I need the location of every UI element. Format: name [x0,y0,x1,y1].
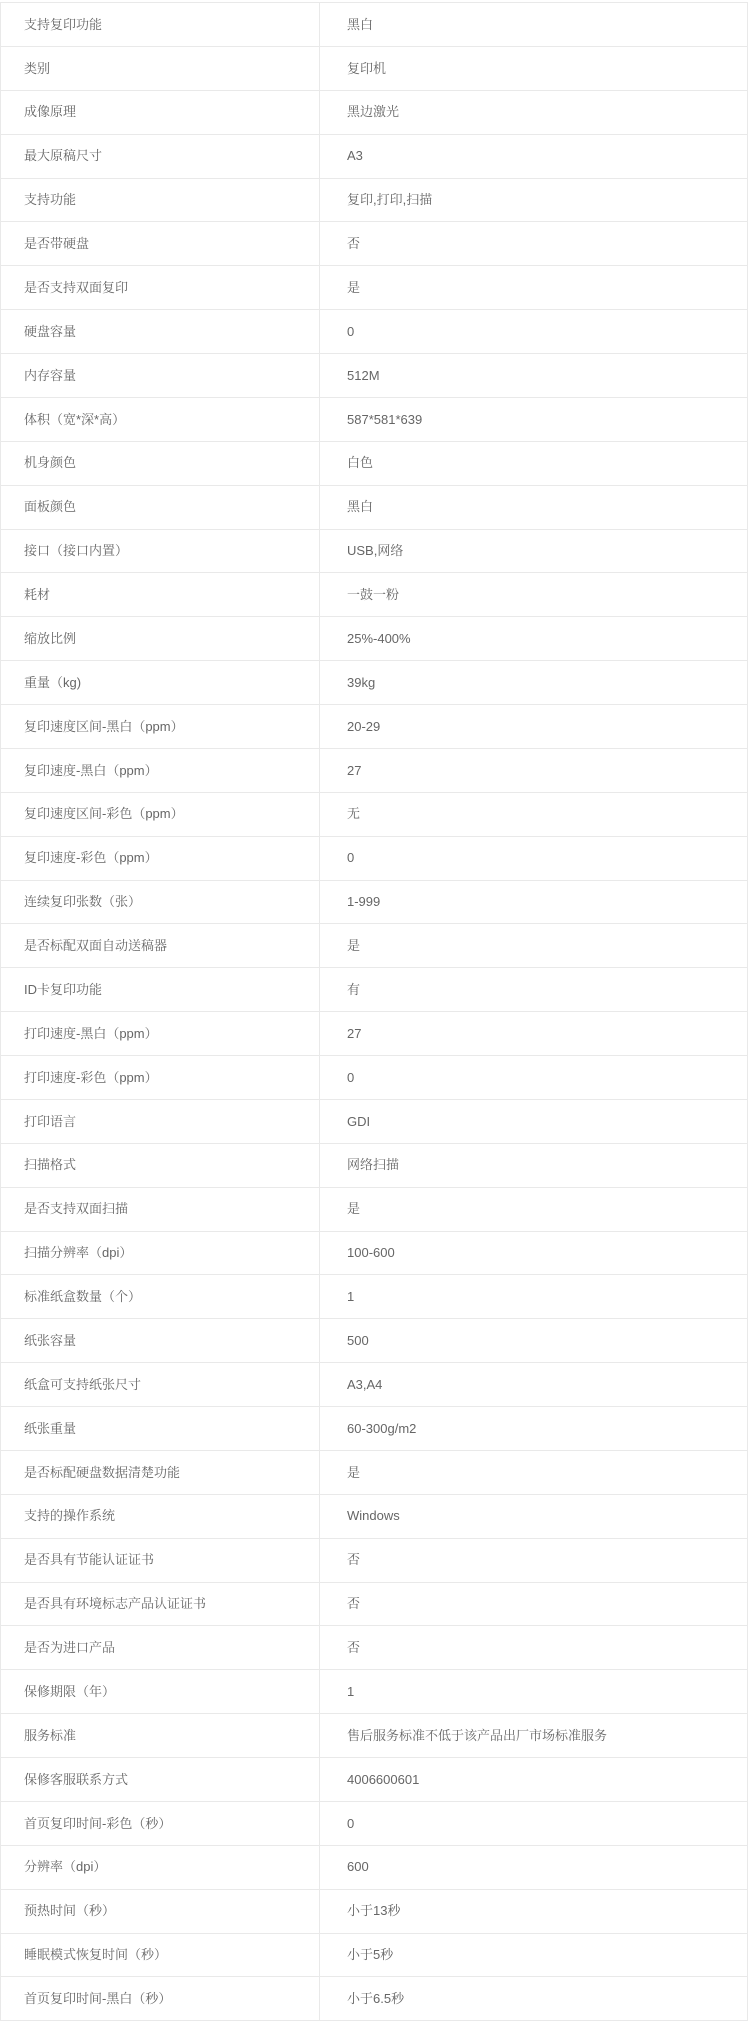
spec-label: 纸盒可支持纸张尺寸 [24,1377,141,1393]
spec-label: 是否带硬盘 [24,236,89,252]
spec-value: 黑边激光 [347,104,399,120]
spec-label-cell: 是否支持双面扫描 [1,1188,320,1231]
spec-label: 服务标准 [24,1728,76,1744]
spec-value-cell: 否 [320,222,747,265]
spec-label-cell: 保修客服联系方式 [1,1758,320,1801]
spec-label: 内存容量 [24,368,76,384]
table-row: 打印语言 GDI [1,1100,747,1144]
table-row: 首页复印时间-彩色（秒） 0 [1,1802,747,1846]
spec-label-cell: 打印速度-彩色（ppm） [1,1056,320,1099]
spec-value: 否 [347,1640,360,1656]
table-row: 机身颜色 白色 [1,442,747,486]
spec-value-cell: 否 [320,1626,747,1669]
spec-label: 最大原稿尺寸 [24,148,102,164]
spec-value-cell: 1-999 [320,881,747,924]
spec-label: 预热时间（秒） [24,1903,115,1919]
spec-value-cell: 一鼓一粉 [320,573,747,616]
spec-label: 重量（kg) [24,675,81,691]
table-row: 是否具有节能认证证书 否 [1,1539,747,1583]
spec-value: 27 [347,1026,361,1042]
spec-label-cell: 支持功能 [1,179,320,222]
spec-label: 纸张容量 [24,1333,76,1349]
table-row: 复印速度区间-黑白（ppm） 20-29 [1,705,747,749]
spec-value-cell: 512M [320,354,747,397]
table-row: 体积（宽*深*高） 587*581*639 [1,398,747,442]
spec-value: 否 [347,1552,360,1568]
spec-value: A3 [347,148,363,164]
spec-label: 是否具有节能认证证书 [24,1552,154,1568]
spec-value-cell: 4006600601 [320,1758,747,1801]
spec-value: 网络扫描 [347,1157,399,1173]
spec-label-cell: 保修期限（年） [1,1670,320,1713]
table-row: 保修期限（年） 1 [1,1670,747,1714]
table-row: 是否标配硬盘数据清楚功能 是 [1,1451,747,1495]
spec-value: 27 [347,763,361,779]
spec-label: 是否为进口产品 [24,1640,115,1656]
spec-value: 60-300g/m2 [347,1421,416,1437]
table-row: 是否带硬盘 否 [1,222,747,266]
spec-label-cell: 打印速度-黑白（ppm） [1,1012,320,1055]
spec-value: 否 [347,236,360,252]
spec-label-cell: 缩放比例 [1,617,320,660]
spec-label: 体积（宽*深*高） [24,412,125,428]
table-row: ID卡复印功能 有 [1,968,747,1012]
table-row: 纸盒可支持纸张尺寸 A3,A4 [1,1363,747,1407]
spec-value: 小于6.5秒 [347,1991,404,2007]
table-row: 预热时间（秒） 小于13秒 [1,1890,747,1934]
table-row: 保修客服联系方式 4006600601 [1,1758,747,1802]
spec-value: 售后服务标准不低于该产品出厂市场标准服务 [347,1728,607,1744]
spec-label: 成像原理 [24,104,76,120]
spec-label-cell: 是否支持双面复印 [1,266,320,309]
spec-label: 标准纸盒数量（个） [24,1289,141,1305]
table-row: 首页复印时间-黑白（秒） 小于6.5秒 [1,1977,747,2021]
spec-label-cell: ID卡复印功能 [1,968,320,1011]
spec-value-cell: 27 [320,749,747,792]
spec-label: 保修期限（年） [24,1684,115,1700]
table-row: 最大原稿尺寸 A3 [1,135,747,179]
spec-label-cell: 复印速度-黑白（ppm） [1,749,320,792]
table-row: 耗材 一鼓一粉 [1,573,747,617]
spec-label: 硬盘容量 [24,324,76,340]
spec-label: 分辨率（dpi） [24,1859,106,1875]
spec-value-cell: 否 [320,1539,747,1582]
spec-value-cell: 600 [320,1846,747,1889]
spec-value: 587*581*639 [347,412,422,428]
spec-label: 缩放比例 [24,631,76,647]
spec-label-cell: 机身颜色 [1,442,320,485]
spec-value-cell: USB,网络 [320,530,747,573]
spec-value-cell: Windows [320,1495,747,1538]
spec-label: 扫描格式 [24,1157,76,1173]
spec-value: 0 [347,1816,354,1832]
spec-label-cell: 重量（kg) [1,661,320,704]
spec-label-cell: 睡眠模式恢复时间（秒） [1,1934,320,1977]
table-row: 类别 复印机 [1,47,747,91]
table-row: 面板颜色 黑白 [1,486,747,530]
spec-label: 复印速度-彩色（ppm） [24,850,158,866]
table-row: 是否具有环境标志产品认证证书 否 [1,1583,747,1627]
spec-value: 1-999 [347,894,380,910]
spec-label-cell: 体积（宽*深*高） [1,398,320,441]
spec-value-cell: 小于13秒 [320,1890,747,1933]
table-row: 是否标配双面自动送稿器 是 [1,924,747,968]
table-row: 支持功能 复印,打印,扫描 [1,179,747,223]
table-row: 内存容量 512M [1,354,747,398]
spec-value: 0 [347,324,354,340]
spec-value: 25%-400% [347,631,411,647]
spec-value: 无 [347,806,360,822]
spec-value: 小于13秒 [347,1903,400,1919]
spec-label-cell: 首页复印时间-黑白（秒） [1,1977,320,2020]
spec-value-cell: 复印机 [320,47,747,90]
table-row: 复印速度-黑白（ppm） 27 [1,749,747,793]
spec-value-cell: 有 [320,968,747,1011]
spec-label-cell: 服务标准 [1,1714,320,1757]
spec-label: 支持的操作系统 [24,1508,115,1524]
spec-value: Windows [347,1508,400,1524]
spec-value-cell: 0 [320,1056,747,1099]
spec-value-cell: 25%-400% [320,617,747,660]
spec-label-cell: 纸盒可支持纸张尺寸 [1,1363,320,1406]
spec-label: 首页复印时间-黑白（秒） [24,1991,171,2007]
table-row: 分辨率（dpi） 600 [1,1846,747,1890]
table-row: 复印速度区间-彩色（ppm） 无 [1,793,747,837]
spec-value-cell: 587*581*639 [320,398,747,441]
spec-value: 否 [347,1596,360,1612]
spec-value-cell: 0 [320,1802,747,1845]
table-row: 支持的操作系统 Windows [1,1495,747,1539]
spec-label: 复印速度-黑白（ppm） [24,763,158,779]
spec-value-cell: 黑白 [320,486,747,529]
spec-label-cell: 硬盘容量 [1,310,320,353]
spec-label: 打印速度-彩色（ppm） [24,1070,158,1086]
spec-label-cell: 是否带硬盘 [1,222,320,265]
spec-label: 纸张重量 [24,1421,76,1437]
table-row: 睡眠模式恢复时间（秒） 小于5秒 [1,1934,747,1978]
spec-value-cell: 是 [320,1451,747,1494]
spec-value: 一鼓一粉 [347,587,399,603]
spec-label-cell: 扫描分辨率（dpi） [1,1232,320,1275]
spec-label-cell: 内存容量 [1,354,320,397]
spec-label-cell: 分辨率（dpi） [1,1846,320,1889]
spec-value-cell: 复印,打印,扫描 [320,179,747,222]
spec-value: 100-600 [347,1245,395,1261]
spec-value-cell: A3,A4 [320,1363,747,1406]
spec-value-cell: GDI [320,1100,747,1143]
table-row: 扫描格式 网络扫描 [1,1144,747,1188]
spec-value: 是 [347,280,360,296]
spec-value: 0 [347,1070,354,1086]
spec-label: 复印速度区间-黑白（ppm） [24,719,184,735]
spec-label: 是否支持双面扫描 [24,1201,128,1217]
spec-label: ID卡复印功能 [24,982,102,998]
spec-label: 机身颜色 [24,455,76,471]
spec-label-cell: 类别 [1,47,320,90]
spec-value: 是 [347,1201,360,1217]
spec-value-cell: 100-600 [320,1232,747,1275]
spec-label-cell: 标准纸盒数量（个） [1,1275,320,1318]
spec-value-cell: 27 [320,1012,747,1055]
spec-label: 耗材 [24,587,50,603]
spec-value-cell: 售后服务标准不低于该产品出厂市场标准服务 [320,1714,747,1757]
spec-value: 600 [347,1859,369,1875]
spec-value-cell: 无 [320,793,747,836]
spec-value-cell: 黑白 [320,3,747,46]
spec-table: 支持复印功能 黑白 类别 复印机 成像原理 黑边激光 最大原稿尺寸 A3 支持功… [0,2,748,2021]
spec-label-cell: 接口（接口内置） [1,530,320,573]
spec-value: 白色 [347,455,373,471]
table-row: 打印速度-黑白（ppm） 27 [1,1012,747,1056]
spec-label-cell: 耗材 [1,573,320,616]
table-row: 打印速度-彩色（ppm） 0 [1,1056,747,1100]
spec-label-cell: 是否标配硬盘数据清楚功能 [1,1451,320,1494]
spec-label: 是否标配硬盘数据清楚功能 [24,1465,180,1481]
spec-label: 首页复印时间-彩色（秒） [24,1816,171,1832]
spec-label: 支持复印功能 [24,17,102,33]
spec-value-cell: 网络扫描 [320,1144,747,1187]
spec-value-cell: 是 [320,266,747,309]
spec-label-cell: 成像原理 [1,91,320,134]
spec-label-cell: 首页复印时间-彩色（秒） [1,1802,320,1845]
spec-label: 类别 [24,61,50,77]
spec-label: 打印语言 [24,1114,76,1130]
spec-label-cell: 是否具有环境标志产品认证证书 [1,1583,320,1626]
spec-label: 是否具有环境标志产品认证证书 [24,1596,206,1612]
spec-value-cell: 否 [320,1583,747,1626]
table-row: 服务标准 售后服务标准不低于该产品出厂市场标准服务 [1,1714,747,1758]
table-row: 硬盘容量 0 [1,310,747,354]
spec-label: 接口（接口内置） [24,543,128,559]
spec-label: 连续复印张数（张） [24,894,141,910]
table-row: 成像原理 黑边激光 [1,91,747,135]
spec-label: 扫描分辨率（dpi） [24,1245,132,1261]
spec-value-cell: 小于6.5秒 [320,1977,747,2020]
spec-label-cell: 是否具有节能认证证书 [1,1539,320,1582]
spec-label: 保修客服联系方式 [24,1772,128,1788]
spec-label: 面板颜色 [24,499,76,515]
spec-value: 小于5秒 [347,1947,393,1963]
spec-label: 支持功能 [24,192,76,208]
spec-label: 是否标配双面自动送稿器 [24,938,167,954]
table-row: 接口（接口内置） USB,网络 [1,530,747,574]
spec-value-cell: A3 [320,135,747,178]
spec-value-cell: 1 [320,1670,747,1713]
spec-label: 是否支持双面复印 [24,280,128,296]
spec-label-cell: 纸张重量 [1,1407,320,1450]
table-row: 复印速度-彩色（ppm） 0 [1,837,747,881]
spec-value: 复印,打印,扫描 [347,192,432,208]
spec-label-cell: 复印速度-彩色（ppm） [1,837,320,880]
spec-value: A3,A4 [347,1377,382,1393]
table-row: 支持复印功能 黑白 [1,3,747,47]
spec-value-cell: 60-300g/m2 [320,1407,747,1450]
spec-label-cell: 连续复印张数（张） [1,881,320,924]
table-row: 缩放比例 25%-400% [1,617,747,661]
spec-value-cell: 500 [320,1319,747,1362]
spec-value: 39kg [347,675,375,691]
spec-value: 复印机 [347,61,386,77]
spec-value: 4006600601 [347,1772,419,1788]
spec-value-cell: 是 [320,1188,747,1231]
spec-label-cell: 预热时间（秒） [1,1890,320,1933]
spec-value: 黑白 [347,499,373,515]
spec-value-cell: 黑边激光 [320,91,747,134]
spec-label-cell: 支持的操作系统 [1,1495,320,1538]
spec-value-cell: 0 [320,310,747,353]
table-row: 连续复印张数（张） 1-999 [1,881,747,925]
spec-value: GDI [347,1114,370,1130]
spec-value-cell: 39kg [320,661,747,704]
spec-value: 500 [347,1333,369,1349]
spec-value-cell: 小于5秒 [320,1934,747,1977]
spec-value: 是 [347,1465,360,1481]
spec-label-cell: 是否标配双面自动送稿器 [1,924,320,967]
spec-label: 睡眠模式恢复时间（秒） [24,1947,167,1963]
spec-value-cell: 0 [320,837,747,880]
table-row: 重量（kg) 39kg [1,661,747,705]
table-row: 是否为进口产品 否 [1,1626,747,1670]
table-row: 是否支持双面扫描 是 [1,1188,747,1232]
spec-label-cell: 复印速度区间-黑白（ppm） [1,705,320,748]
spec-value: 有 [347,982,360,998]
spec-label-cell: 面板颜色 [1,486,320,529]
spec-label-cell: 扫描格式 [1,1144,320,1187]
spec-value: 1 [347,1289,354,1305]
spec-value-cell: 是 [320,924,747,967]
spec-label-cell: 纸张容量 [1,1319,320,1362]
spec-label-cell: 最大原稿尺寸 [1,135,320,178]
spec-label-cell: 支持复印功能 [1,3,320,46]
table-row: 扫描分辨率（dpi） 100-600 [1,1232,747,1276]
spec-value: 20-29 [347,719,380,735]
spec-label: 复印速度区间-彩色（ppm） [24,806,184,822]
spec-value-cell: 白色 [320,442,747,485]
table-row: 标准纸盒数量（个） 1 [1,1275,747,1319]
spec-value: 1 [347,1684,354,1700]
table-row: 是否支持双面复印 是 [1,266,747,310]
spec-label-cell: 打印语言 [1,1100,320,1143]
table-row: 纸张容量 500 [1,1319,747,1363]
spec-value: 黑白 [347,17,373,33]
spec-value: USB,网络 [347,543,403,559]
table-row: 纸张重量 60-300g/m2 [1,1407,747,1451]
spec-label-cell: 复印速度区间-彩色（ppm） [1,793,320,836]
spec-value: 0 [347,850,354,866]
spec-label-cell: 是否为进口产品 [1,1626,320,1669]
spec-value: 是 [347,938,360,954]
spec-value-cell: 20-29 [320,705,747,748]
spec-label: 打印速度-黑白（ppm） [24,1026,158,1042]
spec-value-cell: 1 [320,1275,747,1318]
spec-value: 512M [347,368,380,384]
